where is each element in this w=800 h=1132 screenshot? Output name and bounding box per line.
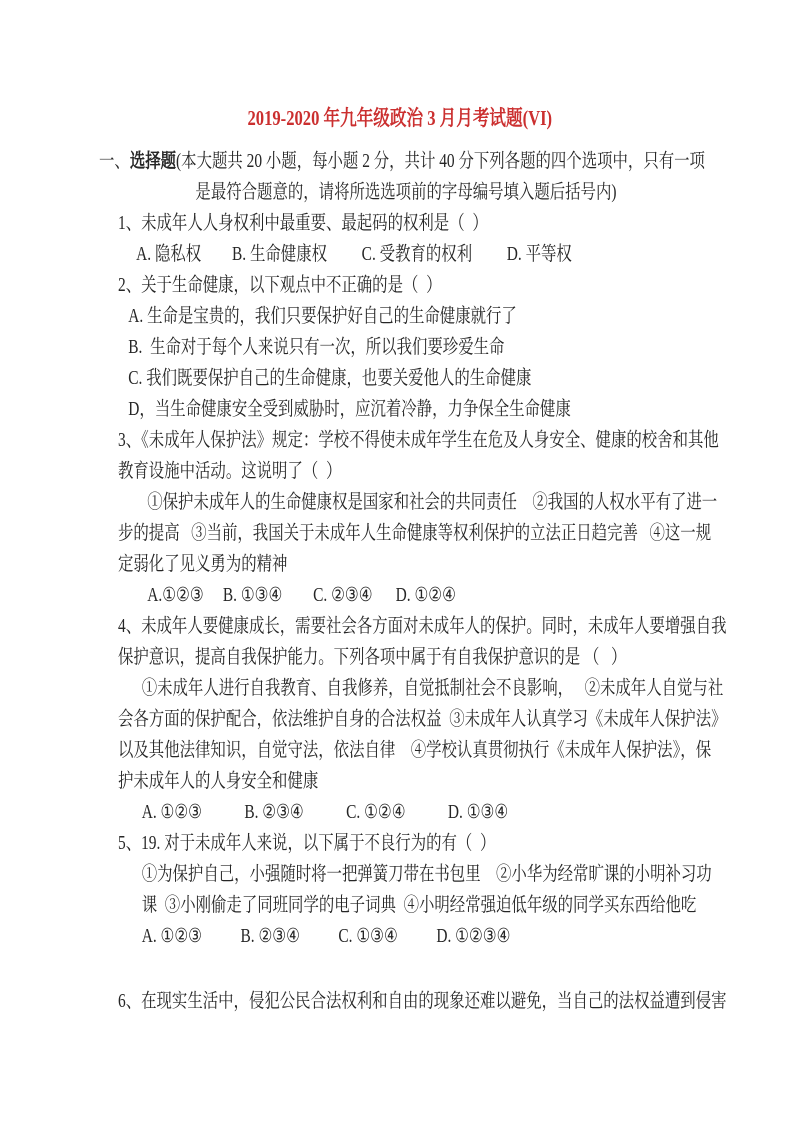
exam-title: 2019-2020 年九年级政治 3 月月考试题(VI) xyxy=(248,103,553,133)
section-1-heading: 一、选择题(本大题共 20 小题，每小题 2 分，共计 40 分下列各题的四个选… xyxy=(99,146,653,177)
question-4-line-2: 保护意识，提高自我保护能力。下列各项中属于有自我保护意识的是 （ ） xyxy=(118,642,657,673)
question-2-option-d: D，当生命健康安全受到威胁时，应沉着冷静，力争保全生命健康 xyxy=(118,394,657,425)
question-4-items-line-2: 会各方面的保护配合，依法维护自身的合法权益 ③未成年人认真学习《未成年人保护法》 xyxy=(118,704,657,735)
question-3-items-line-1: ①保护未成年人的生命健康权是国家和社会的共同责任 ②我国的人权水平有了进一 xyxy=(118,487,657,518)
question-3-items-line-3: 定弱化了见义勇为的精神 xyxy=(118,549,657,580)
question-5-items-line-2: 课 ③小刚偷走了同班同学的电子词典 ④小明经常强迫低年级的同学买东西给他吃 xyxy=(118,890,657,921)
question-1-options: A. 隐私权 B. 生命健康权 C. 受教育的权利 D. 平等权 xyxy=(118,239,657,270)
question-4-items-line-3: 以及其他法律知识，自觉守法，依法自律 ④学校认真贯彻执行《未成年人保护法》，保 xyxy=(118,735,657,766)
section-instructions: (本大题共 20 小题，每小题 2 分，共计 40 分下列各题的四个选项中，只有… xyxy=(176,151,705,172)
question-4-items-line-1: ①未成年人进行自我教育、自我修养，自觉抵制社会不良影响， ②未成年人自觉与社 xyxy=(118,673,657,704)
section-title: 选择题 xyxy=(130,151,176,172)
exam-document-page: 2019-2020 年九年级政治 3 月月考试题(VI) 一、选择题(本大题共 … xyxy=(0,0,800,1132)
question-1: 1、未成年人人身权利中最重要、最起码的权利是（ ） xyxy=(118,208,657,239)
exam-body: 一、选择题(本大题共 20 小题，每小题 2 分，共计 40 分下列各题的四个选… xyxy=(0,146,800,1017)
question-2-option-a: A. 生命是宝贵的，我们只要保护好自己的生命健康就行了 xyxy=(118,301,657,332)
section-1-heading-line-2: 是最符合题意的，请将所选选项前的字母编号填入题后括号内) xyxy=(118,177,657,208)
question-4-items-line-4: 护未成年人的人身安全和健康 xyxy=(118,766,657,797)
section-number: 一、 xyxy=(99,151,130,172)
question-5-items-line-1: ①为保护自己，小强随时将一把弹簧刀带在书包里 ②小华为经常旷课的小明补习功 xyxy=(118,859,657,890)
question-3-items-line-2: 步的提高 ③当前，我国关于未成年人生命健康等权利保护的立法正日趋完善 ④这一规 xyxy=(118,518,657,549)
question-2-option-b: B. 生命对于每个人来说只有一次，所以我们要珍爱生命 xyxy=(118,332,657,363)
question-2: 2、关于生命健康，以下观点中不正确的是（ ） xyxy=(118,270,657,301)
question-3-line-2: 教育设施中活动。这说明了（ ） xyxy=(118,456,657,487)
question-3-options: A.①②③ B. ①③④ C. ②③④ D. ①②④ xyxy=(118,580,657,611)
question-5: 5、19. 对于未成年人来说，以下属于不良行为的有（ ） xyxy=(118,828,657,859)
question-3-line-1: 3、《未成年人保护法》规定：学校不得使未成年学生在危及人身安全、健康的校舍和其他 xyxy=(118,425,657,456)
question-4-line-1: 4、未成年人要健康成长，需要社会各方面对未成年人的保护。同时，未成年人要增强自我 xyxy=(118,611,657,642)
question-2-option-c: C. 我们既要保护自己的生命健康，也要关爱他人的生命健康 xyxy=(118,363,657,394)
question-6: 6、在现实生活中，侵犯公民合法权利和自由的现象还难以避免，当自己的法权益遭到侵害 xyxy=(118,986,657,1017)
question-5-options: A. ①②③ B. ②③④ C. ①③④ D. ①②③④ xyxy=(118,921,657,952)
title-row: 2019-2020 年九年级政治 3 月月考试题(VI) xyxy=(0,0,800,133)
question-4-options: A. ①②③ B. ②③④ C. ①②④ D. ①③④ xyxy=(118,797,657,828)
